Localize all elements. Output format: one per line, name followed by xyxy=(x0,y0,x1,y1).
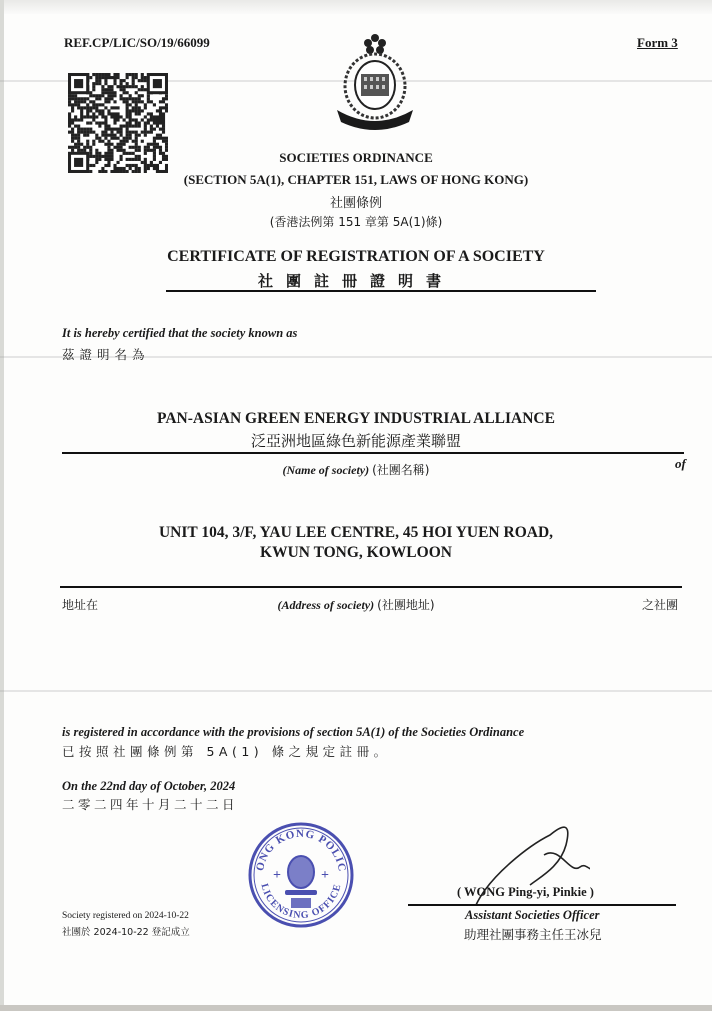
ordinance-title: SOCIETIES ORDINANCE xyxy=(0,150,712,166)
address-line-2: KWUN TONG, KOWLOON xyxy=(0,544,712,562)
registered-on: Society registered on 2024-10-22 xyxy=(62,911,189,921)
ordinance-section-zh: (香港法例第 151 章第 5A(1)條) xyxy=(0,213,712,230)
signatory-title-zh: 助理社團事務主任王冰兒 xyxy=(464,925,602,943)
svg-text:+: + xyxy=(273,868,281,883)
certificate-page: REF.CP/LIC/SO/19/66099 Form 3 SOCIETIES … xyxy=(0,0,712,1011)
svg-text:+: + xyxy=(321,868,329,883)
society-name-label: (Name of society) (社團名稱) xyxy=(0,461,712,478)
ordinance-title-zh: 社團條例 xyxy=(0,192,712,211)
police-crest-icon xyxy=(333,28,417,132)
address-label-zh: (社團地址) xyxy=(377,598,434,612)
society-name: PAN-ASIAN GREEN ENERGY INDUSTRIAL ALLIAN… xyxy=(0,410,712,428)
registration-statement-zh: 已按照社團條例第 5A(1) 條之規定註冊。 xyxy=(62,742,391,760)
reference-number: REF.CP/LIC/SO/19/66099 xyxy=(64,35,210,51)
signatory-title: Assistant Societies Officer xyxy=(465,908,600,923)
licensing-office-stamp-icon: HONG KONG POLICE LICENSING OFFICE + + xyxy=(247,822,355,928)
title-underline xyxy=(166,290,596,292)
name-label-en: (Name of society) xyxy=(282,463,369,477)
address-line xyxy=(60,586,682,588)
registered-on-zh: 社團於 2024-10-22 登記成立 xyxy=(62,924,190,938)
scan-bottom-edge xyxy=(0,1005,712,1011)
registration-date: On the 22nd day of October, 2024 xyxy=(62,779,235,794)
signature-line xyxy=(408,904,676,906)
scan-top-edge xyxy=(0,0,712,14)
ordinance-section: (SECTION 5A(1), CHAPTER 151, LAWS OF HON… xyxy=(0,172,712,188)
address-line-1: UNIT 104, 3/F, YAU LEE CENTRE, 45 HOI YU… xyxy=(0,524,712,542)
registration-statement: is registered in accordance with the pro… xyxy=(62,725,524,740)
name-label-zh: (社團名稱) xyxy=(372,463,429,477)
address-label: (Address of society) (社團地址) xyxy=(0,596,712,613)
address-suffix-zh: 之社團 xyxy=(642,596,678,613)
signatory-name: ( WONG Ping-yi, Pinkie ) xyxy=(457,885,594,900)
society-name-zh: 泛亞洲地區綠色新能源產業聯盟 xyxy=(0,430,712,451)
certificate-title: CERTIFICATE OF REGISTRATION OF A SOCIETY xyxy=(0,248,712,266)
registration-date-zh: 二零二四年十月二十二日 xyxy=(62,795,238,813)
certify-statement: It is hereby certified that the society … xyxy=(62,326,297,341)
paper-fold-line xyxy=(0,690,712,692)
address-label-en: (Address of society) xyxy=(277,598,374,612)
certify-statement-zh: 茲證明名為 xyxy=(62,345,150,363)
form-number: Form 3 xyxy=(637,35,678,51)
certificate-title-zh: 社團註冊證明書 xyxy=(0,270,712,291)
of-label: of xyxy=(675,456,686,472)
society-name-line xyxy=(62,452,684,454)
